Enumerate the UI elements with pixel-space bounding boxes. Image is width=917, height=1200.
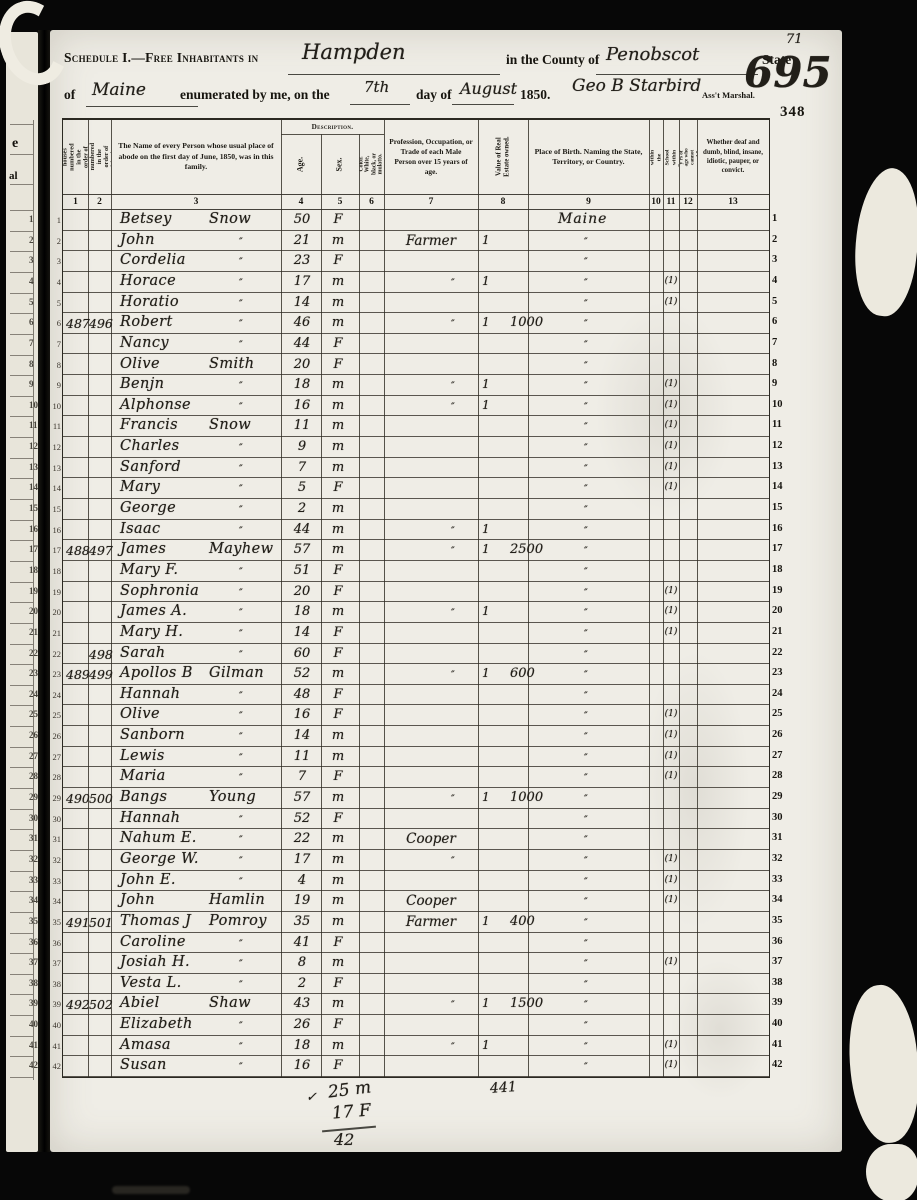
birthplace-ditto-mark: ″ [584, 918, 588, 929]
birthplace-ditto-mark: ″ [584, 546, 588, 557]
real-estate-value: 600 [510, 666, 535, 681]
person-given-name: Olive [120, 356, 160, 372]
birthplace-ditto-mark: ″ [584, 711, 588, 722]
table-row: 88OliveSmith20F″ [63, 355, 769, 376]
sex-value: m [323, 439, 353, 454]
family-number: 500 [89, 791, 113, 806]
real-estate-tick: 1 [482, 914, 490, 928]
previous-page-rule [10, 1056, 33, 1057]
previous-page-rule [10, 974, 33, 975]
blank-underline [452, 104, 514, 105]
person-given-name: Maria [120, 768, 166, 784]
previous-page-rule [10, 829, 33, 830]
line-number-left: 33 [49, 876, 61, 886]
line-number-right: 26 [772, 729, 783, 740]
surname-ditto-mark: ″ [239, 835, 243, 846]
surname-ditto-mark: ″ [239, 980, 243, 991]
person-given-name: Sanborn [120, 727, 185, 743]
state-handwritten: Maine [92, 80, 146, 100]
person-given-name: Nahum E. [120, 830, 197, 846]
table-row: 33Cordelia″23F″ [63, 251, 769, 272]
real-estate-tick: 1 [482, 996, 490, 1010]
table-rule-horizontal [63, 194, 769, 195]
line-number-left: 13 [49, 463, 61, 473]
column-header-label: Place of Birth. Naming the State, Territ… [528, 147, 649, 168]
surname-ditto-mark: ″ [239, 856, 243, 867]
previous-page-rule [10, 891, 33, 892]
previous-page-rule [10, 334, 33, 335]
age-value: 17 [285, 274, 319, 289]
previous-page-rule [10, 726, 33, 727]
line-number-right: 11 [772, 419, 782, 430]
line-number-left: 34 [49, 896, 61, 906]
age-value: 19 [285, 893, 319, 908]
table-row: 2424Hannah″48F″ [63, 685, 769, 706]
sex-value: m [323, 852, 353, 867]
schedule-title: Schedule I.—Free Inhabitants in [64, 50, 258, 66]
real-estate-value: 2500 [510, 542, 543, 557]
previous-page-rule [10, 685, 33, 686]
real-estate-tick: 1 [482, 377, 490, 391]
birthplace-ditto-mark: ″ [584, 650, 588, 661]
surname-ditto-mark: ″ [239, 567, 243, 578]
line-number-left: 37 [49, 958, 61, 968]
column-header-label: Attended School within the year. [663, 146, 679, 168]
line-number-left: 29 [49, 793, 61, 803]
line-number-left: 41 [49, 1041, 61, 1051]
line-number-left: 39 [49, 999, 61, 1009]
county-label: in the County of [506, 52, 599, 68]
sex-value: m [323, 893, 353, 908]
person-given-name: Hannah [120, 686, 180, 702]
age-value: 2 [285, 501, 319, 516]
line-number-left: 31 [49, 834, 61, 844]
sex-value: m [323, 955, 353, 970]
person-surname: Smith [209, 356, 255, 372]
blank-underline [86, 106, 198, 107]
person-surname: Snow [209, 417, 251, 433]
table-row: 1616Isaac″44m″1″ [63, 520, 769, 541]
real-estate-value: 1000 [510, 315, 543, 330]
surname-ditto-mark: ″ [239, 773, 243, 784]
sex-value: m [323, 666, 353, 681]
line-number-left: 20 [49, 607, 61, 617]
census-table: Dwelling-houses numbered in the order of… [62, 118, 770, 1078]
attended-school-mark: (1) [660, 627, 682, 637]
table-row: 3434JohnHamlin19mCooper″(1) [63, 891, 769, 912]
sex-value: m [323, 604, 353, 619]
birthplace-ditto-mark: ″ [584, 877, 588, 888]
birthplace-ditto-mark: ″ [584, 257, 588, 268]
line-number-right: 42 [772, 1059, 783, 1070]
surname-ditto-mark: ″ [239, 939, 243, 950]
age-value: 41 [285, 935, 319, 950]
age-value: 52 [285, 811, 319, 826]
table-row: 3535491501Thomas JPomroy35mFarmer1400″ [63, 912, 769, 933]
surname-ditto-mark: ″ [239, 629, 243, 640]
sex-value: m [323, 233, 353, 248]
line-number-right: 15 [772, 502, 783, 513]
tally-females: 17 F [331, 1100, 371, 1123]
sex-value: F [323, 357, 353, 372]
person-surname: Pomroy [209, 913, 267, 929]
person-given-name: Nancy [120, 335, 169, 351]
line-number-left: 32 [49, 855, 61, 865]
occupation-ditto-mark: ″ [451, 526, 455, 537]
real-estate-tick: 1 [482, 790, 490, 804]
person-given-name: Olive [120, 706, 160, 722]
column-header-6: Color. White, black, or mulatto. [359, 134, 384, 194]
line-number-right: 13 [772, 461, 783, 472]
line-number-right: 21 [772, 626, 783, 637]
surname-ditto-mark: ″ [239, 484, 243, 495]
surname-ditto-mark: ″ [239, 402, 243, 413]
blank-underline [288, 74, 500, 75]
tally-checkmark: ✓ [306, 1090, 317, 1105]
birthplace-ditto-mark: ″ [584, 959, 588, 970]
attended-school-mark: (1) [660, 462, 682, 472]
column-header-label: Dwelling-houses numbered in the order of… [63, 143, 88, 171]
line-number-left: 26 [49, 731, 61, 741]
person-given-name: George W. [120, 851, 199, 867]
line-number-right: 34 [772, 894, 783, 905]
person-given-name: Sophronia [120, 583, 199, 599]
person-given-name: Sarah [120, 645, 166, 661]
line-number-right: 10 [772, 399, 783, 410]
table-row: 4040Elizabeth″26F″ [63, 1015, 769, 1036]
previous-page-rule [10, 154, 33, 155]
sex-value: m [323, 295, 353, 310]
person-given-name: James A. [120, 603, 187, 619]
real-estate-tick: 1 [482, 233, 490, 247]
previous-page-rule [10, 499, 33, 500]
previous-page-rule [10, 933, 33, 934]
person-given-name: Horace [120, 273, 176, 289]
birthplace-value: Maine [558, 211, 607, 227]
birthplace-ditto-mark: ″ [584, 608, 588, 619]
real-estate-value: 1500 [510, 996, 543, 1011]
age-value: 20 [285, 584, 319, 599]
line-number-left: 14 [49, 483, 61, 493]
sex-value: F [323, 811, 353, 826]
person-given-name: Abiel [120, 995, 160, 1011]
line-number-left: 17 [49, 545, 61, 555]
dwelling-number: 492 [66, 997, 90, 1012]
dwelling-number: 491 [66, 915, 90, 930]
birthplace-ditto-mark: ″ [584, 753, 588, 764]
occupation-ditto-mark: ″ [451, 546, 455, 557]
person-given-name: Josiah H. [120, 954, 190, 970]
line-number-right: 29 [772, 791, 783, 802]
age-value: 9 [285, 439, 319, 454]
attended-school-mark: (1) [660, 957, 682, 967]
previous-page-rule [10, 850, 33, 851]
previous-page-rule [10, 478, 33, 479]
line-number-right: 16 [772, 523, 783, 534]
line-number-right: 23 [772, 667, 783, 678]
table-row: 2626Sanborn″14m″(1) [63, 726, 769, 747]
age-value: 8 [285, 955, 319, 970]
surname-ditto-mark: ″ [239, 815, 243, 826]
birthplace-ditto-mark: ″ [584, 897, 588, 908]
sex-value: F [323, 976, 353, 991]
person-given-name: Robert [120, 314, 173, 330]
line-number-left: 22 [49, 649, 61, 659]
line-number-left: 4 [49, 277, 61, 287]
column-header-label: Profession, Occupation, or Trade of each… [384, 137, 478, 177]
birthplace-ditto-mark: ″ [584, 299, 588, 310]
real-estate-tick: 1 [482, 666, 490, 680]
occupation-ditto-mark: ″ [451, 278, 455, 289]
table-row: 3333John E.″4m″(1) [63, 871, 769, 892]
person-surname: Snow [209, 211, 251, 227]
birthplace-ditto-mark: ″ [584, 1021, 588, 1032]
occupation-value: Cooper [384, 831, 478, 847]
age-value: 48 [285, 687, 319, 702]
sex-value: F [323, 563, 353, 578]
attended-school-mark: (1) [660, 379, 682, 389]
attended-school-mark: (1) [660, 420, 682, 430]
age-value: 7 [285, 460, 319, 475]
line-number-right: 25 [772, 708, 783, 719]
column-header-label: Families numbered in the order of visita… [88, 143, 111, 171]
attended-school-mark: (1) [660, 586, 682, 596]
person-given-name: John [120, 892, 155, 908]
table-row: 44Horace″17m″1″(1) [63, 272, 769, 293]
occupation-ditto-mark: ″ [451, 1042, 455, 1053]
line-number-left: 40 [49, 1020, 61, 1030]
previous-page-rule [10, 582, 33, 583]
line-number-right: 8 [772, 358, 777, 369]
line-number-left: 19 [49, 587, 61, 597]
line-number-right: 38 [772, 977, 783, 988]
column-header-label: The Name of every Person whose usual pla… [111, 141, 281, 172]
table-row: 22John″21mFarmer1″ [63, 231, 769, 252]
person-given-name: Thomas J [120, 913, 191, 929]
table-row: 1313Sanford″7m″(1) [63, 458, 769, 479]
column-header-label: Color. White, black, or mulatto. [359, 152, 384, 177]
year-label: 1850. [520, 87, 550, 103]
person-given-name: Mary [120, 479, 160, 495]
sex-value: F [323, 1058, 353, 1073]
real-estate-tick: 1 [482, 315, 490, 329]
birthplace-ditto-mark: ″ [584, 1062, 588, 1073]
line-number-right: 22 [772, 647, 783, 658]
birthplace-ditto-mark: ″ [584, 815, 588, 826]
age-value: 46 [285, 315, 319, 330]
birthplace-ditto-mark: ″ [584, 526, 588, 537]
age-value: 14 [285, 295, 319, 310]
surname-ditto-mark: ″ [239, 526, 243, 537]
surname-ditto-mark: ″ [239, 877, 243, 888]
table-row: 11BetseySnow50FMaine [63, 210, 769, 231]
table-row: 2525Olive″16F″(1) [63, 705, 769, 726]
sex-value: F [323, 769, 353, 784]
table-row: 1111FrancisSnow11m″(1) [63, 416, 769, 437]
sex-value: F [323, 480, 353, 495]
line-number-right: 40 [772, 1018, 783, 1029]
surname-ditto-mark: ″ [239, 1062, 243, 1073]
column-header-label: Value of Real Estate owned. [495, 132, 510, 182]
age-value: 50 [285, 212, 319, 227]
table-row: 4141Amasa″18m″1″(1) [63, 1036, 769, 1057]
previous-page-rule [10, 705, 33, 706]
previous-page-rule [10, 184, 33, 185]
previous-page-rule [10, 272, 33, 273]
occupation-ditto-mark: ″ [451, 381, 455, 392]
previous-page-rule [10, 231, 33, 232]
line-number-right: 32 [772, 853, 783, 864]
table-row: 2222498Sarah″60F″ [63, 644, 769, 665]
previous-page-rule [10, 623, 33, 624]
sex-value: F [323, 707, 353, 722]
surname-ditto-mark: ″ [239, 588, 243, 599]
sex-value: F [323, 1017, 353, 1032]
attended-school-mark: (1) [660, 400, 682, 410]
age-value: 57 [285, 542, 319, 557]
age-value: 44 [285, 522, 319, 537]
line-number-left: 3 [49, 256, 61, 266]
table-row: 3030Hannah″52F″ [63, 809, 769, 830]
previous-page-rule [10, 809, 33, 810]
real-estate-tick: 1 [482, 604, 490, 618]
previous-page-rule [10, 994, 33, 995]
line-number-left: 28 [49, 772, 61, 782]
line-number-left: 1 [49, 215, 61, 225]
dwelling-number: 488 [66, 543, 90, 558]
line-number-right: 4 [772, 275, 777, 286]
previous-page-rule [10, 912, 33, 913]
attended-school-mark: (1) [660, 751, 682, 761]
real-estate-tick: 1 [482, 522, 490, 536]
person-given-name: Betsey [120, 211, 172, 227]
occupation-value: Farmer [384, 914, 478, 930]
line-number-right: 33 [772, 874, 783, 885]
sex-value: F [323, 935, 353, 950]
table-row: 77Nancy″44F″ [63, 334, 769, 355]
dwelling-number: 489 [66, 667, 90, 682]
table-row: 99Benjn″18m″1″(1) [63, 375, 769, 396]
previous-page-rule [10, 871, 33, 872]
line-number-right: 39 [772, 997, 783, 1008]
age-value: 21 [285, 233, 319, 248]
age-value: 5 [285, 480, 319, 495]
surname-ditto-mark: ″ [239, 650, 243, 661]
line-number-right: 14 [772, 481, 783, 492]
corner-number-small: 71 [786, 32, 803, 47]
age-value: 44 [285, 336, 319, 351]
birthplace-ditto-mark: ″ [584, 381, 588, 392]
age-value: 60 [285, 646, 319, 661]
birthplace-ditto-mark: ″ [584, 278, 588, 289]
surname-ditto-mark: ″ [239, 464, 243, 475]
sex-value: m [323, 728, 353, 743]
surname-ditto-mark: ″ [239, 711, 243, 722]
surname-ditto-mark: ″ [239, 732, 243, 743]
line-number-right: 41 [772, 1039, 783, 1050]
table-row: 2929490500BangsYoung57m″11000″ [63, 788, 769, 809]
attended-school-mark: (1) [660, 297, 682, 307]
printed-page-number: 348 [780, 104, 806, 121]
line-number-left: 2 [49, 236, 61, 246]
age-value: 57 [285, 790, 319, 805]
surname-ditto-mark: ″ [239, 340, 243, 351]
occupation-ditto-mark: ″ [451, 670, 455, 681]
age-value: 11 [285, 418, 319, 433]
sex-value: m [323, 377, 353, 392]
line-number-right: 30 [772, 812, 783, 823]
line-number-left: 5 [49, 298, 61, 308]
table-row: 66487496Robert″46m″11000″ [63, 313, 769, 334]
age-value: 18 [285, 1038, 319, 1053]
line-number-right: 27 [772, 750, 783, 761]
line-number-left: 16 [49, 525, 61, 535]
table-row: 55Horatio″14m″(1) [63, 293, 769, 314]
surname-ditto-mark: ″ [239, 237, 243, 248]
birthplace-ditto-mark: ″ [584, 856, 588, 867]
previous-page-rule [10, 953, 33, 954]
person-given-name: Sanford [120, 459, 181, 475]
person-given-name: John E. [120, 872, 176, 888]
previous-page-rule [10, 788, 33, 789]
sex-value: m [323, 274, 353, 289]
column-header-10: Married within the year. [649, 120, 663, 194]
family-number: 496 [89, 316, 113, 331]
person-given-name: Benjn [120, 376, 164, 392]
previous-page-rule [10, 747, 33, 748]
real-estate-tick: 1 [482, 542, 490, 556]
sex-value: m [323, 418, 353, 433]
line-number-left: 25 [49, 710, 61, 720]
person-given-name: George [120, 500, 176, 516]
line-number-right: 28 [772, 770, 783, 781]
line-number-right: 12 [772, 440, 783, 451]
line-number-right: 35 [772, 915, 783, 926]
person-given-name: Hannah [120, 810, 180, 826]
line-number-left: 8 [49, 360, 61, 370]
previous-page-rule [10, 124, 33, 125]
sex-value: m [323, 522, 353, 537]
occupation-ditto-mark: ″ [451, 1000, 455, 1011]
birthplace-ditto-mark: ″ [584, 484, 588, 495]
line-number-right: 17 [772, 543, 783, 554]
age-value: 43 [285, 996, 319, 1011]
column-header-label: Persons over 20 y'rs of age who cannot r… [679, 148, 697, 166]
age-value: 14 [285, 728, 319, 743]
previous-page-rule [10, 355, 33, 356]
day-handwritten: 7th [364, 78, 389, 96]
sex-value: F [323, 646, 353, 661]
line-number-left: 6 [49, 318, 61, 328]
column-header-2: Families numbered in the order of visita… [88, 120, 111, 194]
real-estate-tick: 1 [482, 1038, 490, 1052]
real-estate-tick: 1 [482, 274, 490, 288]
surname-ditto-mark: ″ [239, 319, 243, 330]
line-number-left: 23 [49, 669, 61, 679]
person-given-name: Mary H. [120, 624, 183, 640]
family-number: 501 [89, 915, 113, 930]
line-number-left: 30 [49, 814, 61, 824]
column-header-7: Profession, Occupation, or Trade of each… [384, 120, 478, 194]
attended-school-mark: (1) [660, 875, 682, 885]
attended-school-mark: (1) [660, 1060, 682, 1070]
birthplace-ditto-mark: ″ [584, 567, 588, 578]
birthplace-ditto-mark: ″ [584, 980, 588, 991]
previous-page-rule [10, 767, 33, 768]
tally-males: 25 m [327, 1077, 372, 1102]
age-value: 16 [285, 1058, 319, 1073]
person-given-name: Bangs [120, 789, 167, 805]
